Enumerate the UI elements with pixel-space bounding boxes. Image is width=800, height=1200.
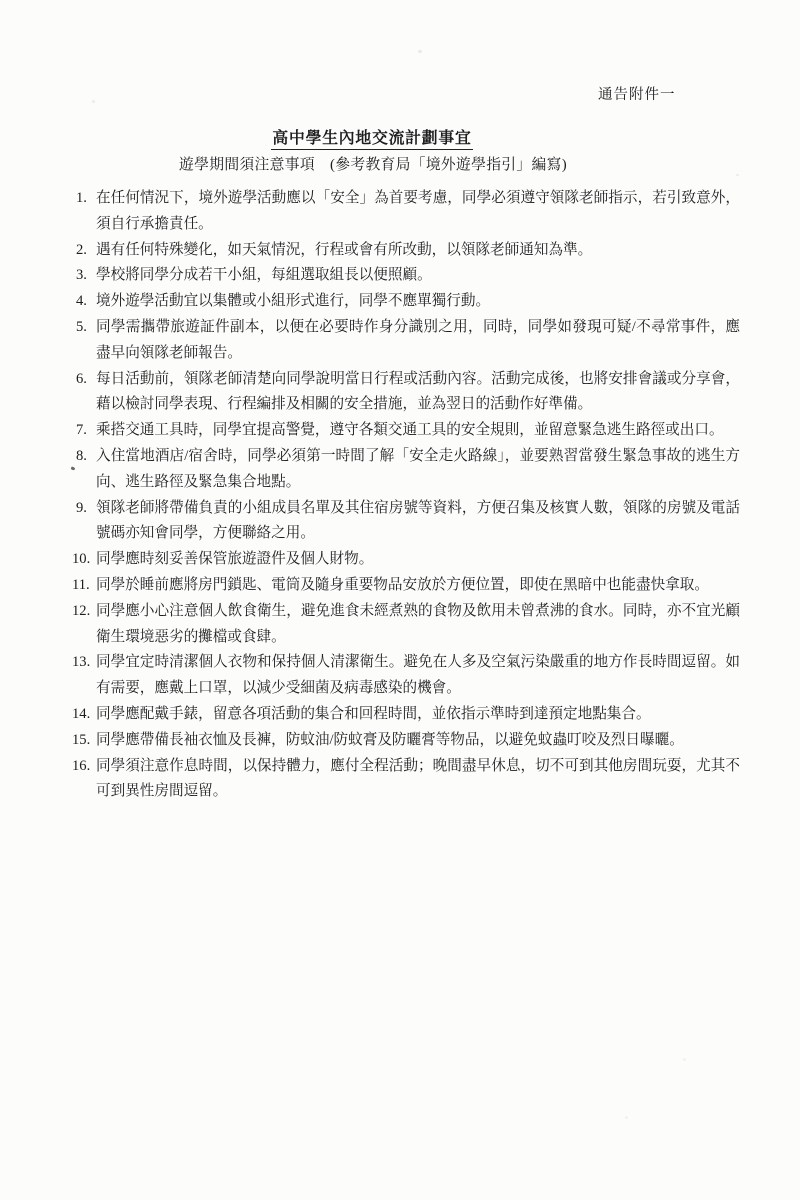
item-number: 16. xyxy=(72,754,96,780)
list-item: 10. 同學應時刻妥善保管旅遊證件及個人財物。 xyxy=(72,547,740,573)
scanned-document-page: 通告附件一 高中學生內地交流計劃事宜 遊學期間須注意事項 (參考教育局「境外遊學… xyxy=(0,0,800,1200)
item-text: 同學應配戴手錶，留意各項活動的集合和回程時間，並依指示準時到達預定地點集合。 xyxy=(96,702,740,728)
scan-speck xyxy=(92,100,95,103)
item-text: 入住當地酒店/宿舍時，同學必須第一時間了解「安全走火路線」，並要熟習當發生緊急事… xyxy=(96,444,740,496)
document-subtitle: 遊學期間須注意事項 (參考教育局「境外遊學指引」編寫) xyxy=(179,153,567,174)
scan-speck xyxy=(683,1058,686,1061)
document-title: 高中學生內地交流計劃事宜 xyxy=(271,125,472,150)
list-item: 12. 同學應小心注意個人飲食衛生，避免進食未經煮熟的食物及飲用未曾煮沸的食水。… xyxy=(72,599,740,651)
item-text: 境外遊學活動宜以集體或小組形式進行，同學不應單獨行動。 xyxy=(96,289,740,315)
list-item: 11. 同學於睡前應將房門鎖匙、電筒及隨身重要物品安放於方便位置，即使在黑暗中也… xyxy=(72,573,740,599)
list-item: 5. 同學需攜帶旅遊証件副本，以便在必要時作身分識別之用，同時，同學如發現可疑/… xyxy=(72,315,740,367)
item-number: 14. xyxy=(72,702,96,728)
scan-speck xyxy=(625,1116,628,1119)
item-number: 3. xyxy=(72,263,96,289)
item-text: 同學需攜帶旅遊証件副本，以便在必要時作身分識別之用，同時，同學如發現可疑/不尋常… xyxy=(96,315,740,367)
item-text: 乘搭交通工具時，同學宜提高警覺，遵守各類交通工具的安全規則，並留意緊急逃生路徑或… xyxy=(96,418,740,444)
item-text: 同學宜定時清潔個人衣物和保持個人清潔衛生。避免在人多及空氣污染嚴重的地方作長時間… xyxy=(96,650,740,702)
item-text: 同學於睡前應將房門鎖匙、電筒及隨身重要物品安放於方便位置，即使在黑暗中也能盡快拿… xyxy=(96,573,740,599)
list-item: 4. 境外遊學活動宜以集體或小組形式進行，同學不應單獨行動。 xyxy=(72,289,740,315)
list-item: 8. 入住當地酒店/宿舍時，同學必須第一時間了解「安全走火路線」，並要熟習當發生… xyxy=(72,444,740,496)
item-number: 2. xyxy=(72,238,96,264)
item-text: 同學須注意作息時間，以保持體力，應付全程活動；晚間盡早休息，切不可到其他房間玩耍… xyxy=(96,754,740,806)
item-number: 9. xyxy=(72,496,96,522)
item-number: 5. xyxy=(72,315,96,341)
item-text: 同學應小心注意個人飲食衛生，避免進食未經煮熟的食物及飲用未曾煮沸的食水。同時，亦… xyxy=(96,599,740,651)
scan-speck xyxy=(736,174,739,176)
item-number: 8. xyxy=(72,444,96,470)
item-number: 12. xyxy=(72,599,96,625)
item-text: 在任何情況下，境外遊學活動應以「安全」為首要考慮，同學必須遵守領隊老師指示，若引… xyxy=(96,186,740,238)
item-text: 遇有任何特殊變化，如天氣情況，行程或會有所改動，以領隊老師通知為準。 xyxy=(96,238,740,264)
list-item: 15. 同學應帶備長袖衣恤及長褲，防蚊油/防蚊膏及防曬膏等物品，以避免蚊蟲叮咬及… xyxy=(72,728,740,754)
item-number: 4. xyxy=(72,289,96,315)
list-item: 6. 每日活動前，領隊老師清楚向同學說明當日行程或活動內容。活動完成後，也將安排… xyxy=(72,367,740,419)
item-number: 6. xyxy=(72,367,96,393)
item-text: 同學應時刻妥善保管旅遊證件及個人財物。 xyxy=(96,547,740,573)
item-text: 學校將同學分成若干小組，每組選取組長以便照顧。 xyxy=(96,263,740,289)
item-number: 11. xyxy=(72,573,96,599)
list-item: 2. 遇有任何特殊變化，如天氣情況，行程或會有所改動，以領隊老師通知為準。 xyxy=(72,238,740,264)
item-number: 7. xyxy=(72,418,96,444)
title-row: 高中學生內地交流計劃事宜 xyxy=(0,125,744,150)
list-item: 1. 在任何情況下，境外遊學活動應以「安全」為首要考慮，同學必須遵守領隊老師指示… xyxy=(72,186,740,238)
item-text: 同學應帶備長袖衣恤及長褲，防蚊油/防蚊膏及防曬膏等物品，以避免蚊蟲叮咬及烈日曝曬… xyxy=(96,728,740,754)
list-item: 13. 同學宜定時清潔個人衣物和保持個人清潔衛生。避免在人多及空氣污染嚴重的地方… xyxy=(72,650,740,702)
scan-speck xyxy=(418,50,422,53)
list-item: 16. 同學須注意作息時間，以保持體力，應付全程活動；晚間盡早休息，切不可到其他… xyxy=(72,754,740,806)
attachment-corner-label: 通告附件一 xyxy=(598,83,676,104)
subtitle-row: 遊學期間須注意事項 (參考教育局「境外遊學指引」編寫) xyxy=(0,153,746,174)
list-item: 14. 同學應配戴手錶，留意各項活動的集合和回程時間，並依指示準時到達預定地點集… xyxy=(72,702,740,728)
item-text: 領隊老師將帶備負責的小組成員名單及其住宿房號等資料，方便召集及核實人數，領隊的房… xyxy=(96,496,740,548)
item-number: 1. xyxy=(72,186,96,212)
list-item: 7. 乘搭交通工具時，同學宜提高警覺，遵守各類交通工具的安全規則，並留意緊急逃生… xyxy=(72,418,740,444)
item-text: 每日活動前，領隊老師清楚向同學說明當日行程或活動內容。活動完成後，也將安排會議或… xyxy=(96,367,740,419)
item-number: 15. xyxy=(72,728,96,754)
notes-list: 1. 在任何情況下，境外遊學活動應以「安全」為首要考慮，同學必須遵守領隊老師指示… xyxy=(72,186,740,805)
list-item: 3. 學校將同學分成若干小組，每組選取組長以便照顧。 xyxy=(72,263,740,289)
item-number: 13. xyxy=(72,650,96,676)
item-number: 10. xyxy=(72,547,96,573)
list-item: 9. 領隊老師將帶備負責的小組成員名單及其住宿房號等資料，方便召集及核實人數，領… xyxy=(72,496,740,548)
